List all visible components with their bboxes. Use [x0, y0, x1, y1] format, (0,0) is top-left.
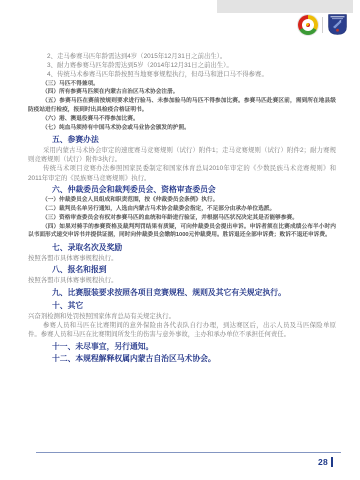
paragraph: （六）港、澳退役赛马不得参加比赛。: [28, 115, 336, 124]
paragraph: 按照各盟市具体赛事规程执行。: [28, 276, 336, 285]
page-number: 28: [318, 457, 328, 467]
paragraph: （四）如果对骑手的参赛资格及裁判判罚结果有质疑，可向仲裁委员会提出申诉。申诉者须…: [28, 223, 336, 241]
header-bar: [217, 0, 353, 13]
page-number-bar: [331, 457, 333, 467]
paragraph: 4、传统马术参赛马匹年龄按照当地赛事规程执行，但母马和进口马不得参赛。: [28, 70, 336, 79]
section-heading: 六、仲裁委员会和裁判委员会、资格审查委员会: [28, 185, 336, 195]
paragraph: （一）仲裁委员会人员组成和职责范围，按《仲裁委员会条例》执行。: [28, 196, 336, 205]
games-emblem-core: [306, 23, 310, 27]
paragraph: （三）马匹不得兼项。: [28, 80, 336, 89]
paragraph: （五）参赛马匹在赛前按规则要求进行验马、未参加验马的马匹不得参加比赛。参赛马匹赴…: [28, 97, 336, 115]
paragraph: 按照各盟市具体赛事规程执行。: [28, 254, 336, 263]
section-heading: 九、比赛服装要求按照各项目竞赛规程、规则及其它有关规定执行。: [28, 288, 336, 298]
document-content: 2、走马参赛马匹年龄需达到4岁（2015年12月31日之前出生）。3、耐力赛参赛…: [28, 52, 336, 365]
section-heading: 十二、本规程解释权属内蒙古自治区马术协会。: [28, 354, 336, 364]
paragraph: 2、走马参赛马匹年龄需达到4岁（2015年12月31日之前出生）。: [28, 52, 336, 61]
paragraph: 采用内蒙古马术协会审定的速度赛马竞赛规则（试行）附件1；走马竞赛规则（试行）附件…: [28, 146, 336, 164]
section-heading: 七、录取名次及奖励: [28, 243, 336, 253]
equestrian-shield-svg: [328, 14, 347, 35]
paragraph: 参赛人员和马匹在比赛期间的意外保险由各代表队自行办理，到达赛区后，出示人员及马匹…: [28, 321, 336, 339]
footer-rule: [36, 452, 341, 453]
games-emblem-icon: [298, 15, 318, 35]
paragraph: （三）资格审查委员会有权对参赛马匹的血统和年龄进行验证，并根据马匹状况决定其是否…: [28, 214, 336, 223]
paragraph: （二）裁判员名单另行通知，人选由内蒙古马术协会裁委会指定，不足部分由承办单位选派…: [28, 205, 336, 214]
section-heading: 八、报名和报到: [28, 265, 336, 275]
section-heading: 十、其它: [28, 301, 336, 311]
paragraph: 3、耐力赛参赛马匹年龄需达到5岁（2014年12月31日之前出生）。: [28, 61, 336, 70]
logo-divider: [322, 17, 323, 33]
section-heading: 十一、未尽事宜，另行通知。: [28, 342, 336, 352]
document-page: { "header": { "bar_color": "#e3e3e3", "l…: [0, 0, 360, 480]
paragraph: 传统马术项目竞赛办法参照国家民委制定和国家体育总局2010年审定的《少数民族马术…: [28, 164, 336, 182]
paragraph: 兴奋剂检测和处罚按照国家体育总局有关规定执行。: [28, 312, 336, 321]
paragraph: （四）所有参赛马匹须在内蒙古自治区马术协会注册。: [28, 88, 336, 97]
paragraph: （七）纯血马须持有中国马术协会或马业协会颁发的护照。: [28, 124, 336, 133]
section-heading: 五、参赛办法: [28, 135, 336, 145]
equestrian-shield-icon: [328, 14, 347, 35]
page-number-block: 28: [318, 457, 333, 467]
